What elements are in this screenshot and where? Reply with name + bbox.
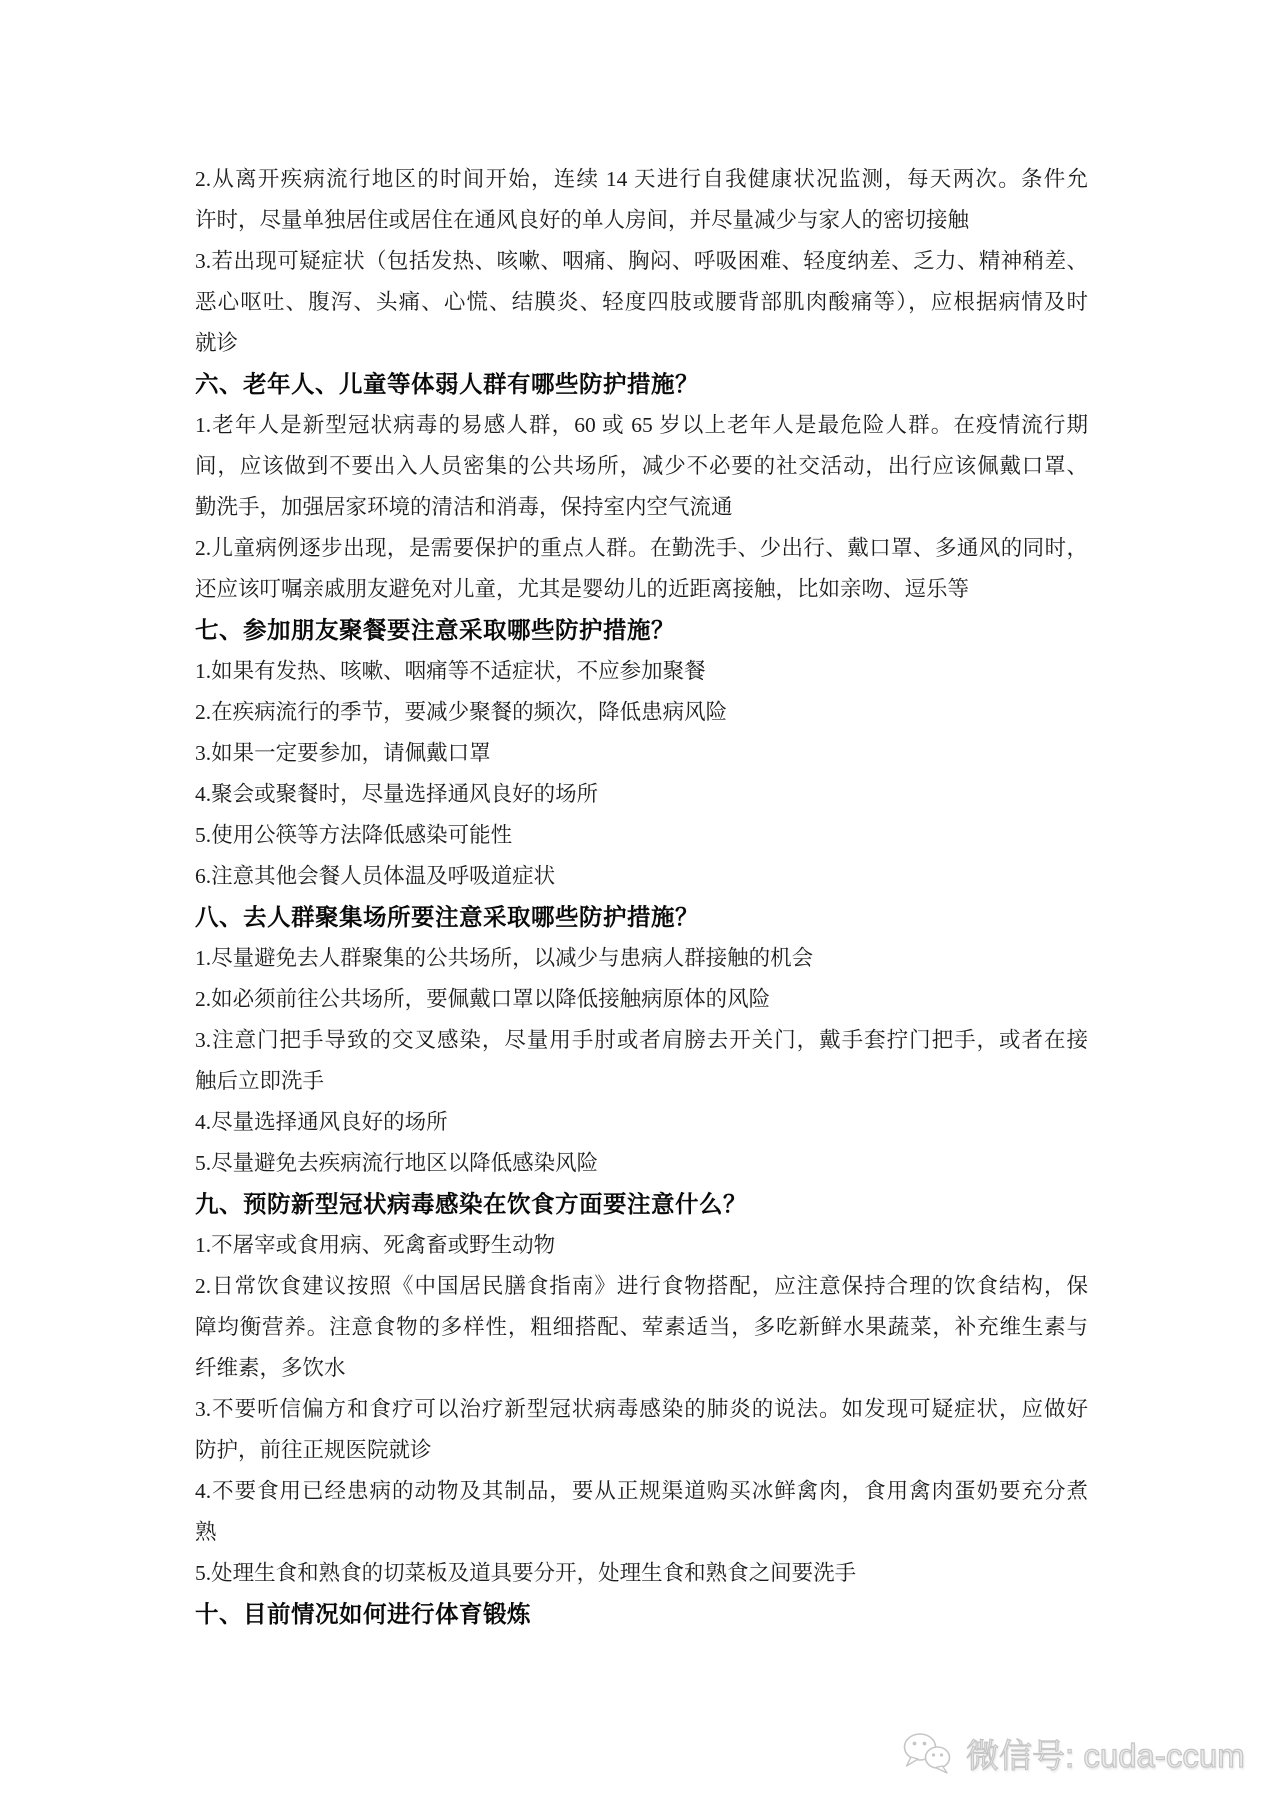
document-page: 2.从离开疾病流行地区的时间开始，连续 14 天进行自我健康状况监测，每天两次。… <box>0 0 1280 1811</box>
text-line: 3.如果一定要参加，请佩戴口罩 <box>195 733 1088 774</box>
wechat-id-label: 微信号: cuda-ccum <box>966 1730 1245 1777</box>
text-line: 2.儿童病例逐步出现，是需要保护的重点人群。在勤洗手、少出行、戴口罩、多通风的同… <box>195 528 1088 569</box>
text-line: 就诊 <box>195 323 1088 364</box>
text-line: 障均衡营养。注意食物的多样性，粗细搭配、荤素适当，多吃新鲜水果蔬菜，补充维生素与 <box>195 1307 1088 1348</box>
section-heading: 十、目前情况如何进行体育锻炼 <box>195 1594 1088 1635</box>
text-line: 1.尽量避免去人群聚集的公共场所，以减少与患病人群接触的机会 <box>195 938 1088 979</box>
text-line: 1.老年人是新型冠状病毒的易感人群，60 或 65 岁以上老年人是最危险人群。在… <box>195 405 1088 446</box>
text-line: 3.不要听信偏方和食疗可以治疗新型冠状病毒感染的肺炎的说法。如发现可疑症状，应做… <box>195 1389 1088 1430</box>
text-line: 还应该叮嘱亲戚朋友避免对儿童，尤其是婴幼儿的近距离接触，比如亲吻、逗乐等 <box>195 569 1088 610</box>
text-line: 5.尽量避免去疾病流行地区以降低感染风险 <box>195 1143 1088 1184</box>
text-line: 5.使用公筷等方法降低感染可能性 <box>195 815 1088 856</box>
text-line: 间，应该做到不要出入人员密集的公共场所，减少不必要的社交活动，出行应该佩戴口罩、 <box>195 446 1088 487</box>
wechat-icon <box>900 1731 954 1775</box>
text-line: 触后立即洗手 <box>195 1061 1088 1102</box>
text-line: 勤洗手，加强居家环境的清洁和消毒，保持室内空气流通 <box>195 487 1088 528</box>
text-line: 5.处理生食和熟食的切菜板及道具要分开，处理生食和熟食之间要洗手 <box>195 1553 1088 1594</box>
text-line: 1.不屠宰或食用病、死禽畜或野生动物 <box>195 1225 1088 1266</box>
text-line: 熟 <box>195 1512 1088 1553</box>
section-heading: 六、老年人、儿童等体弱人群有哪些防护措施？ <box>195 364 1088 405</box>
section-heading: 七、参加朋友聚餐要注意采取哪些防护措施？ <box>195 610 1088 651</box>
text-line: 3.若出现可疑症状（包括发热、咳嗽、咽痛、胸闷、呼吸困难、轻度纳差、乏力、精神稍… <box>195 241 1088 282</box>
text-line: 2.日常饮食建议按照《中国居民膳食指南》进行食物搭配，应注意保持合理的饮食结构，… <box>195 1266 1088 1307</box>
text-line: 4.不要食用已经患病的动物及其制品，要从正规渠道购买冰鲜禽肉，食用禽肉蛋奶要充分… <box>195 1471 1088 1512</box>
wechat-watermark: 微信号: cuda-ccum <box>900 1724 1245 1782</box>
text-line: 1.如果有发热、咳嗽、咽痛等不适症状，不应参加聚餐 <box>195 651 1088 692</box>
text-line: 防护，前往正规医院就诊 <box>195 1430 1088 1471</box>
text-line: 4.尽量选择通风良好的场所 <box>195 1102 1088 1143</box>
text-line: 2.从离开疾病流行地区的时间开始，连续 14 天进行自我健康状况监测，每天两次。… <box>195 159 1088 200</box>
document-content: 2.从离开疾病流行地区的时间开始，连续 14 天进行自我健康状况监测，每天两次。… <box>195 159 1088 1635</box>
text-line: 许时，尽量单独居住或居住在通风良好的单人房间，并尽量减少与家人的密切接触 <box>195 200 1088 241</box>
text-line: 6.注意其他会餐人员体温及呼吸道症状 <box>195 856 1088 897</box>
text-line: 2.如必须前往公共场所，要佩戴口罩以降低接触病原体的风险 <box>195 979 1088 1020</box>
text-line: 3.注意门把手导致的交叉感染，尽量用手肘或者肩膀去开关门，戴手套拧门把手，或者在… <box>195 1020 1088 1061</box>
section-heading: 九、预防新型冠状病毒感染在饮食方面要注意什么？ <box>195 1184 1088 1225</box>
section-heading: 八、去人群聚集场所要注意采取哪些防护措施？ <box>195 897 1088 938</box>
text-line: 纤维素，多饮水 <box>195 1348 1088 1389</box>
text-line: 2.在疾病流行的季节，要减少聚餐的频次，降低患病风险 <box>195 692 1088 733</box>
text-line: 恶心呕吐、腹泻、头痛、心慌、结膜炎、轻度四肢或腰背部肌肉酸痛等），应根据病情及时 <box>195 282 1088 323</box>
text-line: 4.聚会或聚餐时，尽量选择通风良好的场所 <box>195 774 1088 815</box>
